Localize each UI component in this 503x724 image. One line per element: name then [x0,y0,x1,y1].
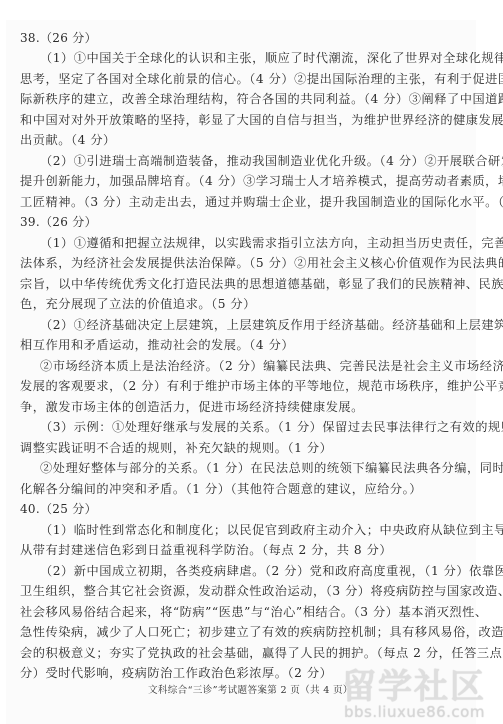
answer-line: 卫生组织，整合其它社会资源，发动群众性政治运动，（3 分）将疫病防控与国家改造、 [20,583,503,599]
watermark-url: bbs.liuxue86.com [344,703,485,721]
answer-line: （2）①引进瑞士高端制造装备，推动我国制造业优化升级。（4 分）②开展联合研发， [40,153,503,169]
answer-line: 工匠精神。（3 分）主动走出去，通过并购瑞士企业，提升我国制造业的国际化水平。（… [20,194,503,210]
answer-line: ②市场经济本质上是法治经济。（2 分）编纂民法典、完善民法是社会主义市场经济 [40,358,503,374]
answer-line: 社会移风易俗结合起来，将“防病”“医患”与“治心”相结合。（3 分）基本消灭烈性… [20,604,488,620]
page-footer: 文科综合“三诊”考试题答案第 2 页（共 4 页） [148,682,353,696]
answer-line: 分）受时代影响，疫病防治工作政治色彩浓厚。（2 分） [20,665,332,681]
answer-line: （3）示例：①处理好继承与发展的关系。（1 分）保留过去民事法律行之有效的规则， [40,419,503,435]
answer-line: 和中国对对外开放策略的坚持，彰显了大国的自信与担当，为维护世界经济的健康发展作 [20,112,503,128]
answer-line: 提升创新能力，加强品牌培育。（4 分）③学习瑞士人才培养模式，提高劳动者素质，培… [20,173,503,189]
watermark: 留学社区 bbs.liuxue86.com [342,663,502,723]
answer-line: 化解各分编间的冲突和矛盾。（1 分）（其他符合题意的建议，应给分。） [20,481,422,497]
question-number: 39.（26 分） [20,214,97,230]
answer-line: （1）临时性到常态化和制度化；以民促官到政府主动介入；中央政府从缺位到主导； [40,522,503,538]
question-number: 38.（26 分） [20,30,97,46]
answer-line: 出贡献。（4 分） [20,132,116,148]
answer-line: 急性传染病，减少了人口死亡；初步建立了有效的疾病防控机制；具有移风易俗，改造社 [20,624,503,640]
answer-line: （1）①遵循和把握立法规律，以实践需求指引立法方向，主动担当历史责任，完善民 [40,235,503,251]
question-number: 40.（25 分） [20,501,97,517]
answer-line: 思考，坚定了各国对全球化前景的信心。（4 分）②提出国际治理的主张，有利于促进国 [20,71,503,87]
answer-line: （2）新中国成立初期，各类疫病肆虐。（2 分）党和政府高度重视，（1 分）依靠医… [40,563,503,579]
answer-line: 际新秩序的建立，改善全球治理结构，符合各国的共同利益。（4 分）③阐释了中国道路 [20,91,503,107]
answer-line: （1）①中国关于全球化的认识和主张，顺应了时代潮流，深化了世界对全球化规律的 [40,50,503,66]
answer-line: （2）①经济基础决定上层建筑，上层建筑反作用于经济基础。经济基础和上层建筑的 [40,317,503,333]
answer-line: ②处理好整体与部分的关系。（1 分）在民法总则的统领下编纂民法典各分编，同时 [40,460,503,476]
answer-line: 色，充分展现了立法的价值追求。（5 分） [20,296,256,312]
answer-line: 从带有封建迷信色彩到日益重视科学防治。（每点 2 分，共 8 分） [20,542,392,558]
answer-line: 相互作用和矛盾运动，推动社会的发展。（4 分） [20,337,294,353]
answer-line: 争，激发市场主体的创造活力，促进市场经济持续健康发展。 [20,399,364,415]
answer-line: 宗旨，以中华传统优秀文化打造民法典的思想道德基础，彰显了我们的民族精神、民族特 [20,276,503,292]
watermark-logo: 留学社区 [342,659,486,708]
answer-line: 法体系，为经济社会发展提供法治保障。（5 分）②用社会主义核心价值观作为民法典的 [20,255,503,271]
answer-line: 调整实践证明不合适的规则，补充欠缺的规则。（1 分） [20,440,332,456]
answer-line: 发展的客观要求，（2 分）有利于维护市场主体的平等地位，规范市场秩序，维护公平竞 [20,378,503,394]
